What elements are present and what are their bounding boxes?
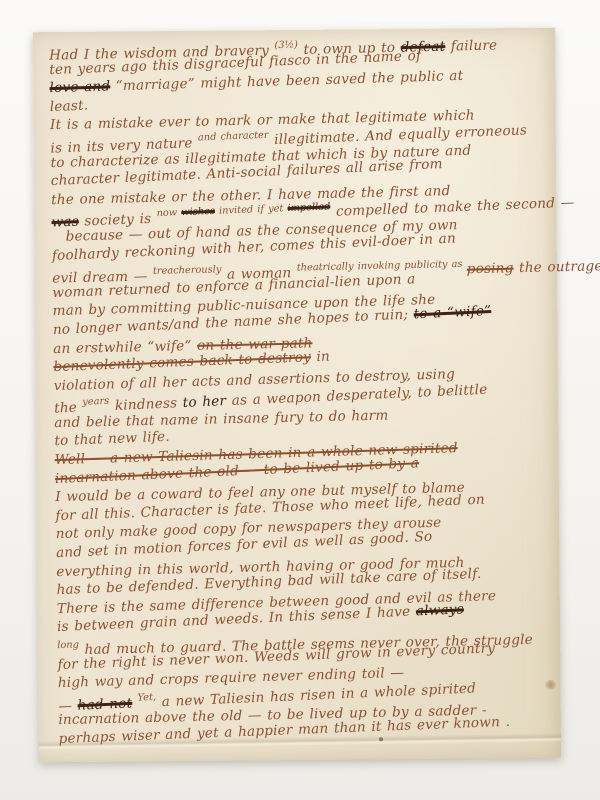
struck-text: love and — [49, 79, 110, 97]
paper-stain — [544, 680, 556, 690]
struck-text: always — [416, 602, 465, 620]
struck-text: to a “wife” — [413, 303, 491, 322]
inserted-text: (3½) — [274, 40, 298, 52]
inserted-text: years — [82, 396, 109, 408]
struck-text: impelled — [287, 202, 330, 215]
text-segment: in — [311, 349, 331, 366]
inserted-text: Yet, — [137, 692, 156, 704]
manuscript-page: Had I the wisdom and bravery (3½) to own… — [33, 28, 561, 763]
struck-text: wishes — [181, 206, 215, 218]
text-segment: to her — [182, 393, 226, 411]
inserted-text: now — [156, 207, 181, 219]
inserted-text: long — [57, 640, 79, 651]
paper-speck — [379, 737, 383, 741]
manuscript-text: Had I the wisdom and bravery (3½) to own… — [49, 35, 555, 748]
photo-background: Had I the wisdom and bravery (3½) to own… — [0, 0, 600, 800]
inserted-text: invited if yet — [215, 203, 288, 217]
text-segment: least. — [49, 97, 88, 115]
text-segment: to that new life. — [54, 429, 170, 449]
inserted-text: treacherously — [153, 264, 222, 277]
inserted-text: and character — [198, 130, 269, 144]
